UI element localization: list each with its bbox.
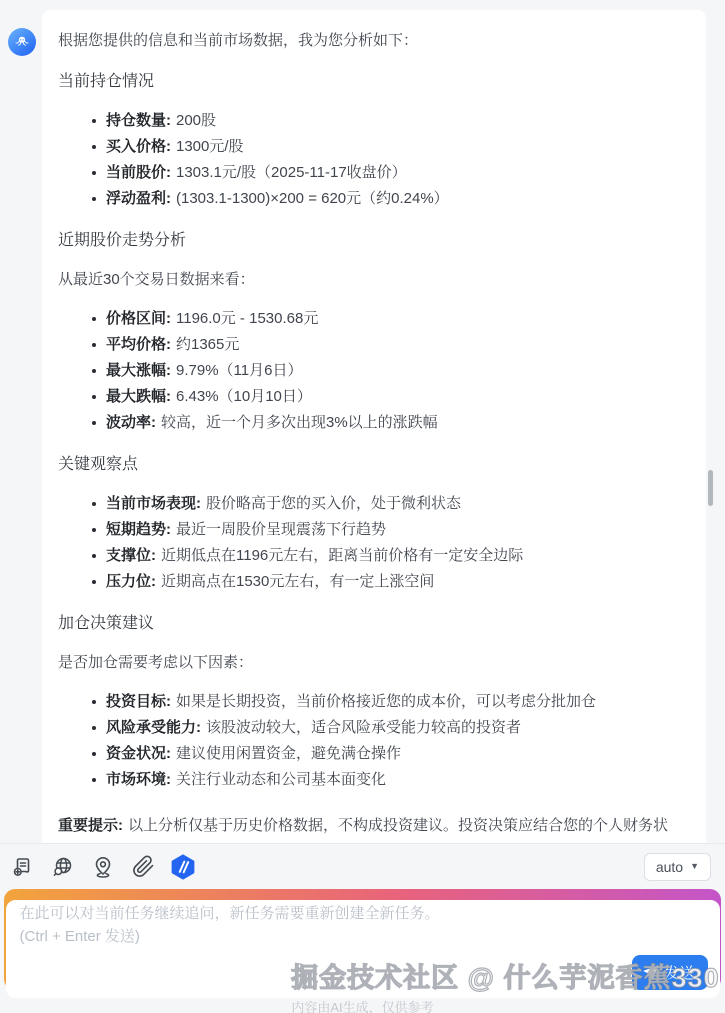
brand-logo-button[interactable] [170,854,196,880]
new-task-icon [11,855,35,879]
new-task-button[interactable] [10,854,36,880]
ai-disclaimer: 内容由AI生成，仅供参考 [0,997,725,1013]
important-label: 重要提示: [58,817,123,834]
list-item: 买入价格:1300元/股 [91,135,688,159]
attachment-button[interactable] [130,854,156,880]
composer: 发送 掘金技术社区 @ 什么芋泥香蕉330 [4,889,721,990]
item-label: 风险承受能力: [106,719,201,736]
list-item: 风险承受能力:该股波动较大，适合风险承受能力较高的投资者 [91,716,688,740]
item-label: 持仓数量: [106,112,171,129]
item-label: 最大跌幅: [106,388,171,405]
list-item: 波动率:较高，近一个月多次出现3%以上的涨跌幅 [91,411,688,435]
item-label: 投资目标: [106,693,171,710]
location-icon [91,855,115,879]
list-item: 当前股价:1303.1元/股（2025-11-17收盘价） [91,161,688,185]
section-heading: 关键观察点 [58,453,688,476]
item-text: 近期高点在1530元左右，有一定上涨空间 [161,573,434,590]
item-label: 波动率: [106,414,156,431]
list-item: 持仓数量:200股 [91,109,688,133]
item-text: 股价略高于您的买入价，处于微利状态 [206,495,461,512]
chat-message-list: 根据您提供的信息和当前市场数据，我为您分析如下： 当前持仓情况 持仓数量:200… [0,0,725,844]
item-label: 短期趋势: [106,521,171,538]
item-text: 近期低点在1196元左右，距离当前价格有一定安全边际 [161,547,523,564]
item-label: 压力位: [106,573,156,590]
important-note: 重要提示:以上分析仅基于历史价格数据，不构成投资建议。投资决策应结合您的个人财务… [58,812,688,844]
bullet-list: 价格区间:1196.0元 - 1530.68元 平均价格:约1365元 最大涨幅… [58,307,688,435]
list-item: 市场环境:关注行业动态和公司基本面变化 [91,768,688,792]
item-label: 市场环境: [106,771,171,788]
list-item: 投资目标:如果是长期投资，当前价格接近您的成本价，可以考虑分批加仓 [91,690,688,714]
item-label: 买入价格: [106,138,171,155]
bullet-list: 投资目标:如果是长期投资，当前价格接近您的成本价，可以考虑分批加仓 风险承受能力… [58,690,688,792]
octopus-icon [13,33,31,51]
list-item: 平均价格:约1365元 [91,333,688,357]
item-label: 价格区间: [106,310,171,327]
assistant-avatar [8,28,36,56]
important-text: 以上分析仅基于历史价格数据，不构成投资建议。投资决策应结合您的个人财务状况、风险… [58,817,688,844]
assistant-message-bubble: 根据您提供的信息和当前市场数据，我为您分析如下： 当前持仓情况 持仓数量:200… [42,10,706,844]
item-label: 当前市场表现: [106,495,201,512]
item-text: 最近一周股价呈现震荡下行趋势 [176,521,386,538]
composer-input[interactable] [18,900,712,966]
mode-dropdown[interactable]: auto ▼ [644,853,711,881]
section-lead: 是否加仓需要考虑以下因素： [58,652,688,674]
list-item: 当前市场表现:股价略高于您的买入价，处于微利状态 [91,492,688,516]
web-search-icon [51,855,75,879]
section-heading: 当前持仓情况 [58,70,688,93]
assistant-message: 根据您提供的信息和当前市场数据，我为您分析如下： 当前持仓情况 持仓数量:200… [0,0,725,844]
item-label: 最大涨幅: [106,362,171,379]
list-item: 最大涨幅:9.79%（11月6日） [91,359,688,383]
item-label: 平均价格: [106,336,171,353]
list-item: 短期趋势:最近一周股价呈现震荡下行趋势 [91,518,688,542]
item-text: 200股 [176,112,216,129]
brand-logo-icon [170,854,196,880]
item-label: 资金状况: [106,745,171,762]
bullet-list: 当前市场表现:股价略高于您的买入价，处于微利状态 短期趋势:最近一周股价呈现震荡… [58,492,688,594]
item-text: 1300元/股 [176,138,244,155]
item-text: 9.79%（11月6日） [176,362,302,379]
item-text: 较高，近一个月多次出现3%以上的涨跌幅 [161,414,438,431]
item-label: 当前股价: [106,164,171,181]
list-item: 最大跌幅:6.43%（10月10日） [91,385,688,409]
list-item: 支撑位:近期低点在1196元左右，距离当前价格有一定安全边际 [91,544,688,568]
attachment-icon [132,855,155,878]
item-text: 该股波动较大，适合风险承受能力较高的投资者 [206,719,521,736]
item-text: 1303.1元/股（2025-11-17收盘价） [176,164,407,181]
send-button[interactable]: 发送 [632,955,707,990]
caret-down-icon: ▼ [690,862,699,871]
send-label: 发送 [664,962,694,983]
send-icon [642,964,659,981]
section-heading: 加仓决策建议 [58,612,688,635]
bullet-list: 持仓数量:200股 买入价格:1300元/股 当前股价:1303.1元/股（20… [58,109,688,211]
list-item: 浮动盈利:(1303.1-1300)×200 = 620元（约0.24%） [91,187,688,211]
composer-toolbar: auto ▼ [0,844,725,889]
item-label: 浮动盈利: [106,190,171,207]
mode-label: auto [656,859,683,875]
web-search-button[interactable] [50,854,76,880]
section-heading: 近期股价走势分析 [58,229,688,252]
item-label: 支撑位: [106,547,156,564]
list-item: 压力位:近期高点在1530元左右，有一定上涨空间 [91,570,688,594]
list-item: 资金状况:建议使用闲置资金，避免满仓操作 [91,742,688,766]
item-text: 建议使用闲置资金，避免满仓操作 [176,745,401,762]
item-text: 6.43%（10月10日） [176,388,312,405]
list-item: 价格区间:1196.0元 - 1530.68元 [91,307,688,331]
section-lead: 从最近30个交易日数据来看： [58,269,688,291]
location-button[interactable] [90,854,116,880]
item-text: 约1365元 [176,336,239,353]
scrollbar-thumb[interactable] [708,470,713,506]
item-text: 如果是长期投资，当前价格接近您的成本价，可以考虑分批加仓 [176,693,596,710]
item-text: (1303.1-1300)×200 = 620元（约0.24%） [176,190,449,207]
message-intro: 根据您提供的信息和当前市场数据，我为您分析如下： [58,30,688,52]
item-text: 1196.0元 - 1530.68元 [176,310,318,327]
composer-inner: 发送 掘金技术社区 @ 什么芋泥香蕉330 [6,900,720,998]
item-text: 关注行业动态和公司基本面变化 [176,771,386,788]
